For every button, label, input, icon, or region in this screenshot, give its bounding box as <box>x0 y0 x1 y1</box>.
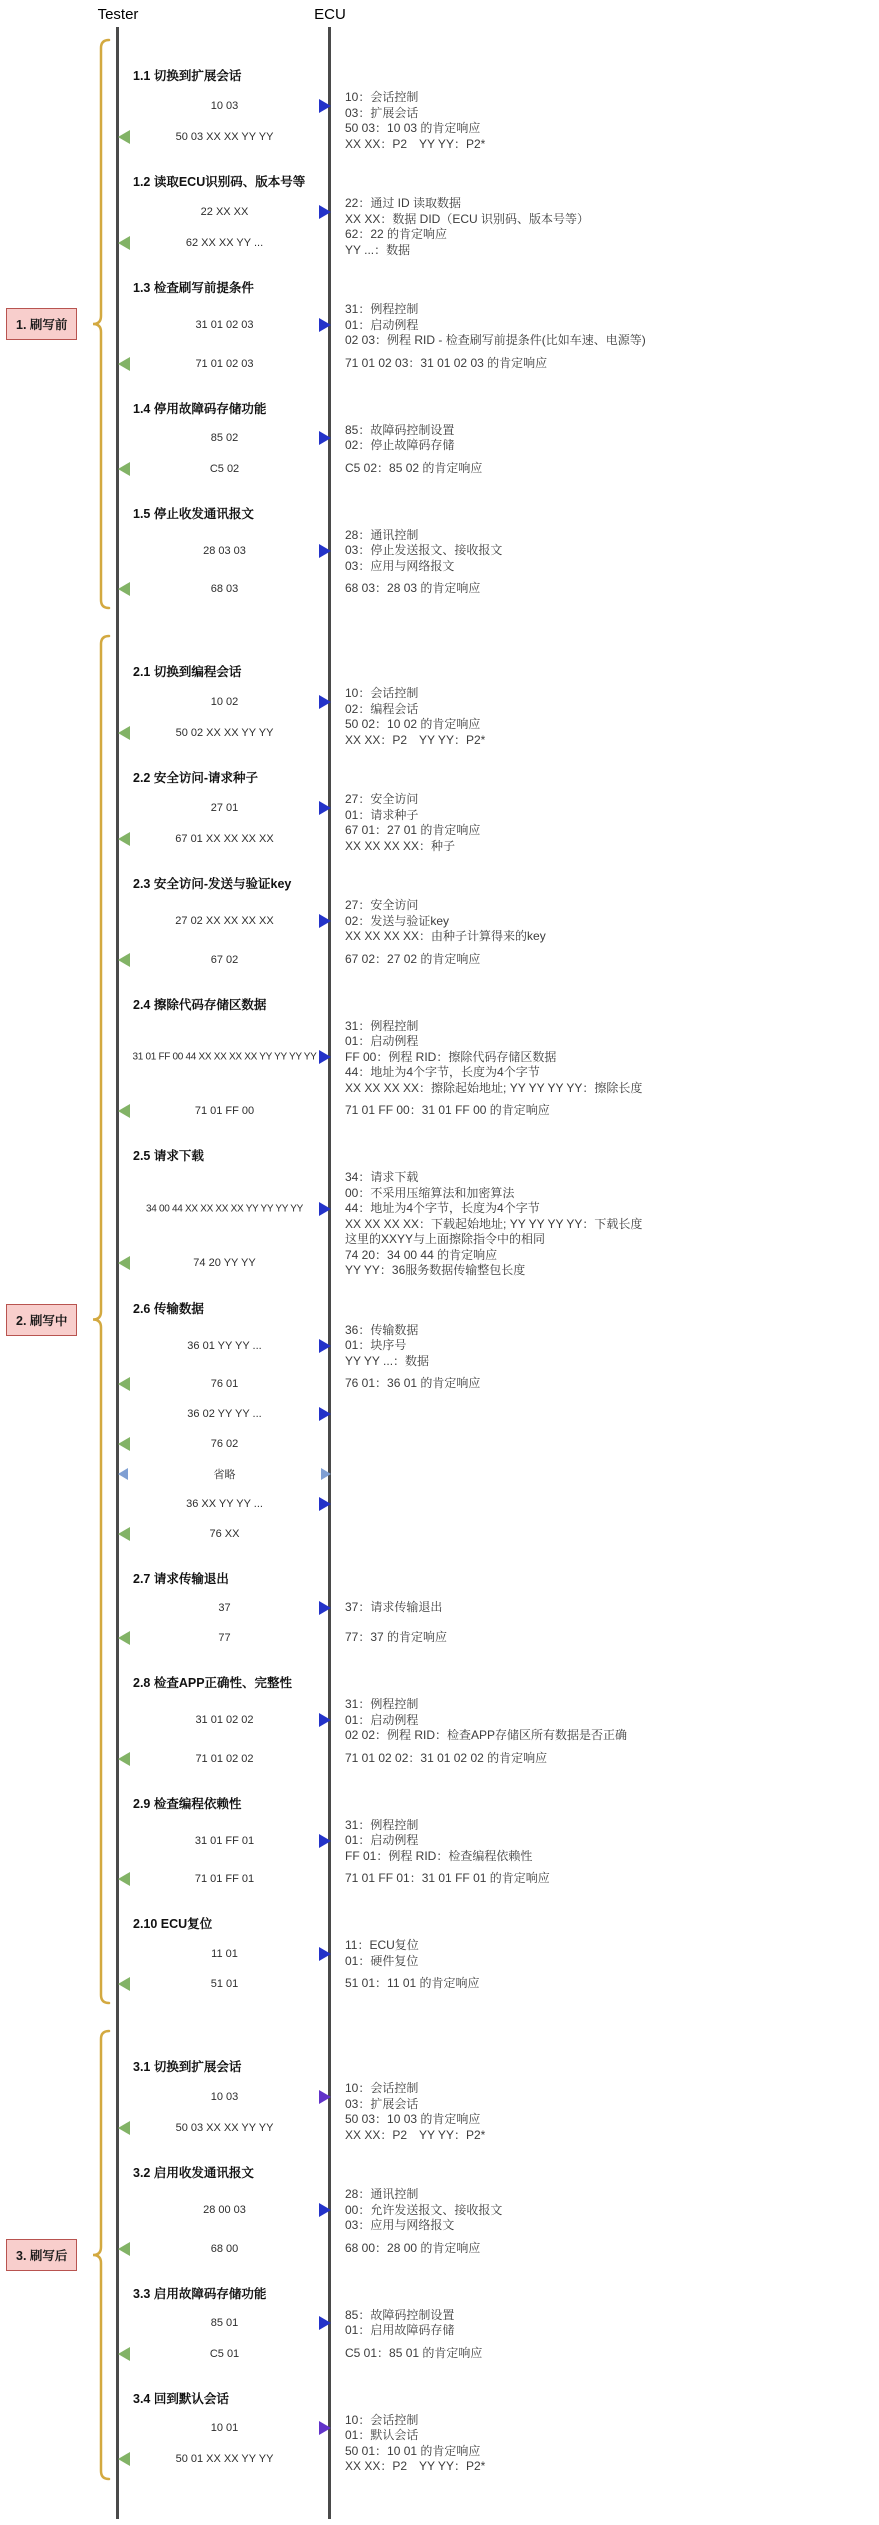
message-note: 76 01：36 01 的肯定响应 <box>345 1376 879 1392</box>
request-arrow: 11 01 <box>119 1947 330 1961</box>
message-note: 77：37 的肯定响应 <box>345 1630 879 1646</box>
message-label: 76 XX <box>206 1528 244 1540</box>
request-arrow: 10 02 <box>119 695 330 709</box>
message-row: 76 01 76 01：36 01 的肯定响应 <box>119 1369 879 1399</box>
response-arrow: 76 02 <box>119 1437 330 1451</box>
request-arrow: 10 03 <box>119 99 330 113</box>
request-arrow: 85 02 <box>119 431 330 445</box>
response-arrow: 71 01 02 02 <box>119 1752 330 1766</box>
response-arrow: 50 01 XX XX YY YY <box>119 2452 330 2466</box>
message-label: 76 01 <box>207 1378 243 1390</box>
message-row: 50 03 XX XX YY YY 50 03：10 03 的肯定响应 XX X… <box>119 121 879 152</box>
message-note: 22：通过 ID 读取数据 XX XX：数据 DID（ECU 识别码、版本号等） <box>345 196 879 227</box>
phase-brace <box>91 634 111 2005</box>
response-arrow: 50 03 XX XX YY YY <box>119 2121 330 2135</box>
message-note: 31：例程控制 01：启动例程 FF 01：例程 RID：检查编程依赖性 <box>345 1818 879 1865</box>
message-label: 85 02 <box>207 432 243 444</box>
step: 2.10 ECU复位 11 01 11：ECU复位 01：硬件复位 51 01 … <box>119 1914 879 1999</box>
step: 1.5 停止收发通讯报文 28 03 03 28：通讯控制 03：停止发送报文、… <box>119 504 879 605</box>
response-arrow: 76 XX <box>119 1527 330 1541</box>
message-row: 74 20 YY YY 74 20：34 00 44 的肯定响应 YY YY：3… <box>119 1248 879 1279</box>
step: 2.5 请求下载 34 00 44 XX XX XX XX YY YY YY Y… <box>119 1146 879 1279</box>
step-title: 2.4 擦除代码存储区数据 <box>133 995 879 1013</box>
request-arrow: 10 01 <box>119 2421 330 2435</box>
step-title: 1.4 停用故障码存储功能 <box>133 399 879 417</box>
step: 2.7 请求传输退出 37 37：请求传输退出 77 77：37 的肯定响应 <box>119 1569 879 1653</box>
message-note: 50 03：10 03 的肯定响应 XX XX：P2 YY YY：P2* <box>345 121 879 152</box>
step: 2.3 安全访问-发送与验证key 27 02 XX XX XX XX 27：安… <box>119 874 879 975</box>
message-note: 28：通讯控制 00：允许发送报文、接收报文 03：应用与网络报文 <box>345 2187 879 2234</box>
message-note: 71 01 02 03：31 01 02 03 的肯定响应 <box>345 356 879 372</box>
request-arrow: 31 01 02 02 <box>119 1713 330 1727</box>
message-row: 10 02 10：会话控制 02：编程会话 <box>119 686 879 717</box>
message-note: 10：会话控制 02：编程会话 <box>345 686 879 717</box>
message-note: 51 01：11 01 的肯定响应 <box>345 1976 879 1992</box>
response-arrow: 68 03 <box>119 582 330 596</box>
message-row: 71 01 02 03 71 01 02 03：31 01 02 03 的肯定响… <box>119 349 879 379</box>
message-row: 10 03 10：会话控制 03：扩展会话 <box>119 2081 879 2112</box>
phase-after-flashing: 3. 刷写后 3.1 切换到扩展会话 10 03 10：会话控制 03：扩展会话… <box>119 2029 879 2481</box>
step-title: 3.1 切换到扩展会话 <box>133 2057 879 2075</box>
message-row: 10 01 10：会话控制 01：默认会话 <box>119 2413 879 2444</box>
message-row: 67 02 67 02：27 02 的肯定响应 <box>119 945 879 975</box>
message-label: 31 01 FF 00 44 XX XX XX XX YY YY YY YY <box>130 1052 318 1063</box>
request-arrow: 27 02 XX XX XX XX <box>119 914 330 928</box>
response-arrow: 50 02 XX XX YY YY <box>119 726 330 740</box>
response-arrow: 68 00 <box>119 2242 330 2256</box>
request-arrow: 31 01 02 03 <box>119 318 330 332</box>
message-label: 77 <box>214 1632 234 1644</box>
message-row: 68 03 68 03：28 03 的肯定响应 <box>119 574 879 604</box>
message-row: 71 01 FF 00 71 01 FF 00：31 01 FF 00 的肯定响… <box>119 1096 879 1126</box>
message-row: 27 02 XX XX XX XX 27：安全访问 02：发送与验证key XX… <box>119 898 879 945</box>
request-arrow: 27 01 <box>119 801 330 815</box>
step: 1.1 切换到扩展会话 10 03 10：会话控制 03：扩展会话 50 03 … <box>119 66 879 152</box>
message-note: 27：安全访问 02：发送与验证key XX XX XX XX：由种子计算得来的… <box>345 898 879 945</box>
request-arrow: 34 00 44 XX XX XX XX YY YY YY YY <box>119 1202 330 1216</box>
message-note: 31：例程控制 01：启动例程 FF 00：例程 RID：擦除代码存储区数据 4… <box>345 1019 879 1097</box>
message-note: 31：例程控制 01：启动例程 02 03：例程 RID - 检查刷写前提条件(… <box>345 302 879 349</box>
message-row: 76 XX <box>119 1519 879 1549</box>
step: 2.4 擦除代码存储区数据 31 01 FF 00 44 XX XX XX XX… <box>119 995 879 1127</box>
step: 2.6 传输数据 36 01 YY YY ... 36：传输数据 01：块序号 … <box>119 1299 879 1550</box>
message-label: 51 01 <box>207 1978 243 1990</box>
message-label: 50 03 XX XX YY YY <box>172 2122 278 2134</box>
response-arrow: 51 01 <box>119 1977 330 1991</box>
message-label: 36 01 YY YY ... <box>183 1340 265 1352</box>
message-label: 85 01 <box>207 2317 243 2329</box>
message-row: C5 01 C5 01：85 01 的肯定响应 <box>119 2339 879 2369</box>
step-title: 2.1 切换到编程会话 <box>133 662 879 680</box>
response-arrow: 71 01 FF 01 <box>119 1872 330 1886</box>
message-row: 85 01 85：故障码控制设置 01：启用故障码存储 <box>119 2308 879 2339</box>
step-title: 3.3 启用故障码存储功能 <box>133 2284 879 2302</box>
message-label: 10 01 <box>207 2422 243 2434</box>
message-note: 74 20：34 00 44 的肯定响应 YY YY：36服务数据传输整包长度 <box>345 1248 879 1279</box>
step: 3.4 回到默认会话 10 01 10：会话控制 01：默认会话 50 01 X… <box>119 2389 879 2475</box>
step-title: 3.2 启用收发通讯报文 <box>133 2163 879 2181</box>
phase-brace <box>91 2029 111 2481</box>
message-row: 28 00 03 28：通讯控制 00：允许发送报文、接收报文 03：应用与网络… <box>119 2187 879 2234</box>
request-arrow: 28 00 03 <box>119 2203 330 2217</box>
response-arrow: 71 01 FF 00 <box>119 1104 330 1118</box>
step-title: 1.5 停止收发通讯报文 <box>133 504 879 522</box>
request-arrow: 36 01 YY YY ... <box>119 1339 330 1353</box>
step: 2.9 检查编程依赖性 31 01 FF 01 31：例程控制 01：启动例程 … <box>119 1794 879 1895</box>
message-note: 10：会话控制 03：扩展会话 <box>345 2081 879 2112</box>
phase-label: 1. 刷写前 <box>6 308 77 340</box>
message-label: 50 03 XX XX YY YY <box>172 131 278 143</box>
message-row: 77 77：37 的肯定响应 <box>119 1623 879 1653</box>
step: 3.1 切换到扩展会话 10 03 10：会话控制 03：扩展会话 50 03 … <box>119 2057 879 2143</box>
step: 1.4 停用故障码存储功能 85 02 85：故障码控制设置 02：停止故障码存… <box>119 399 879 484</box>
message-label: 10 02 <box>207 696 243 708</box>
step: 2.8 检查APP正确性、完整性 31 01 02 02 31：例程控制 01：… <box>119 1673 879 1774</box>
response-arrow: 77 <box>119 1631 330 1645</box>
message-label: 27 02 XX XX XX XX <box>171 915 277 927</box>
sequence-diagram: Tester ECU 1. 刷写前 1.1 切换到扩展会话 10 03 10：会… <box>0 0 879 2525</box>
message-label: 省略 <box>210 1466 240 1482</box>
message-row: 50 03 XX XX YY YY 50 03：10 03 的肯定响应 XX X… <box>119 2112 879 2143</box>
message-row: 50 01 XX XX YY YY 50 01：10 01 的肯定响应 XX X… <box>119 2444 879 2475</box>
response-arrow: 71 01 02 03 <box>119 357 330 371</box>
message-row: 36 01 YY YY ... 36：传输数据 01：块序号 YY YY ...… <box>119 1323 879 1370</box>
message-label: 11 01 <box>207 1948 242 1960</box>
phase-label: 3. 刷写后 <box>6 2239 77 2271</box>
message-row: 51 01 51 01：11 01 的肯定响应 <box>119 1969 879 1999</box>
step-title: 2.7 请求传输退出 <box>133 1569 879 1587</box>
step-title: 2.9 检查编程依赖性 <box>133 1794 879 1812</box>
omitted-messages-arrow: 省略 <box>119 1467 330 1481</box>
step-title: 2.3 安全访问-发送与验证key <box>133 874 879 892</box>
message-note: 62：22 的肯定响应 YY ...：数据 <box>345 227 879 258</box>
step: 1.2 读取ECU识别码、版本号等 22 XX XX 22：通过 ID 读取数据… <box>119 172 879 258</box>
message-label: 22 XX XX <box>197 206 253 218</box>
message-note: C5 02：85 02 的肯定响应 <box>345 461 879 477</box>
message-row: 31 01 FF 00 44 XX XX XX XX YY YY YY YY 3… <box>119 1019 879 1097</box>
phase-brace <box>91 38 111 610</box>
request-arrow: 36 XX YY YY ... <box>119 1497 330 1511</box>
message-row: 71 01 FF 01 71 01 FF 01：31 01 FF 01 的肯定响… <box>119 1864 879 1894</box>
step: 3.2 启用收发通讯报文 28 00 03 28：通讯控制 00：允许发送报文、… <box>119 2163 879 2264</box>
message-label: 50 02 XX XX YY YY <box>172 727 278 739</box>
message-note: 71 01 FF 01：31 01 FF 01 的肯定响应 <box>345 1871 879 1887</box>
message-note: C5 01：85 01 的肯定响应 <box>345 2346 879 2362</box>
step: 3.3 启用故障码存储功能 85 01 85：故障码控制设置 01：启用故障码存… <box>119 2284 879 2369</box>
request-arrow: 22 XX XX <box>119 205 330 219</box>
message-note: 10：会话控制 03：扩展会话 <box>345 90 879 121</box>
message-row: 37 37：请求传输退出 <box>119 1593 879 1623</box>
message-row: 50 02 XX XX YY YY 50 02：10 02 的肯定响应 XX X… <box>119 717 879 748</box>
message-label: 68 00 <box>207 2243 243 2255</box>
response-arrow: C5 02 <box>119 462 330 476</box>
step-title: 1.1 切换到扩展会话 <box>133 66 879 84</box>
message-note: 50 01：10 01 的肯定响应 XX XX：P2 YY YY：P2* <box>345 2444 879 2475</box>
message-row: 36 XX YY YY ... <box>119 1489 879 1519</box>
message-label: C5 02 <box>206 463 243 475</box>
step: 1.3 检查刷写前提条件 31 01 02 03 31：例程控制 01：启动例程… <box>119 278 879 379</box>
message-label: 37 <box>214 1602 234 1614</box>
message-label: 71 01 FF 00 <box>191 1105 258 1117</box>
request-arrow: 10 03 <box>119 2090 330 2104</box>
message-row: 22 XX XX 22：通过 ID 读取数据 XX XX：数据 DID（ECU … <box>119 196 879 227</box>
message-note: 67 02：27 02 的肯定响应 <box>345 952 879 968</box>
message-label: 62 XX XX YY ... <box>182 237 267 249</box>
message-note: 85：故障码控制设置 02：停止故障码存储 <box>345 423 879 454</box>
response-arrow: C5 01 <box>119 2347 330 2361</box>
response-arrow: 67 01 XX XX XX XX <box>119 832 330 846</box>
message-note: 85：故障码控制设置 01：启用故障码存储 <box>345 2308 879 2339</box>
message-label: 36 XX YY YY ... <box>182 1498 267 1510</box>
message-label: 28 03 03 <box>199 545 250 557</box>
step-title: 2.6 传输数据 <box>133 1299 879 1317</box>
phase-before-flashing: 1. 刷写前 1.1 切换到扩展会话 10 03 10：会话控制 03：扩展会话… <box>119 38 879 610</box>
request-arrow: 37 <box>119 1601 330 1615</box>
message-label: 71 01 02 03 <box>191 358 257 370</box>
message-note: 34：请求下载 00：不采用压缩算法和加密算法 44：地址为4个字节，长度为4个… <box>345 1170 879 1248</box>
message-row: 67 01 XX XX XX XX 67 01：27 01 的肯定响应 XX X… <box>119 823 879 854</box>
step: 2.2 安全访问-请求种子 27 01 27：安全访问 01：请求种子 67 0… <box>119 768 879 854</box>
step: 2.1 切换到编程会话 10 02 10：会话控制 02：编程会话 50 02 … <box>119 662 879 748</box>
message-label: 68 03 <box>207 583 243 595</box>
request-arrow: 28 03 03 <box>119 544 330 558</box>
request-arrow: 85 01 <box>119 2316 330 2330</box>
message-label: 36 02 YY YY ... <box>183 1408 265 1420</box>
request-arrow: 31 01 FF 01 <box>119 1834 330 1848</box>
message-note: 71 01 FF 00：31 01 FF 00 的肯定响应 <box>345 1103 879 1119</box>
message-label: 76 02 <box>207 1438 243 1450</box>
message-row: 31 01 02 03 31：例程控制 01：启动例程 02 03：例程 RID… <box>119 302 879 349</box>
response-arrow: 67 02 <box>119 953 330 967</box>
diagram-content: 1. 刷写前 1.1 切换到扩展会话 10 03 10：会话控制 03：扩展会话… <box>119 0 879 2525</box>
message-row: 76 02 <box>119 1429 879 1459</box>
response-arrow: 74 20 YY YY <box>119 1256 330 1270</box>
step-title: 2.2 安全访问-请求种子 <box>133 768 879 786</box>
message-row: 31 01 FF 01 31：例程控制 01：启动例程 FF 01：例程 RID… <box>119 1818 879 1865</box>
message-label: 28 00 03 <box>199 2204 250 2216</box>
message-note: 36：传输数据 01：块序号 YY YY ...：数据 <box>345 1323 879 1370</box>
request-arrow: 36 02 YY YY ... <box>119 1407 330 1421</box>
message-note: 10：会话控制 01：默认会话 <box>345 2413 879 2444</box>
step-title: 1.2 读取ECU识别码、版本号等 <box>133 172 879 190</box>
message-row: 27 01 27：安全访问 01：请求种子 <box>119 792 879 823</box>
message-note: 71 01 02 02：31 01 02 02 的肯定响应 <box>345 1751 879 1767</box>
message-label: 71 01 FF 01 <box>191 1873 258 1885</box>
message-row: 85 02 85：故障码控制设置 02：停止故障码存储 <box>119 423 879 454</box>
message-label: 34 00 44 XX XX XX XX YY YY YY YY <box>144 1203 305 1214</box>
step-title: 2.5 请求下载 <box>133 1146 879 1164</box>
message-note: 67 01：27 01 的肯定响应 XX XX XX XX：种子 <box>345 823 879 854</box>
message-row: C5 02 C5 02：85 02 的肯定响应 <box>119 454 879 484</box>
message-row: 省略 <box>119 1459 879 1489</box>
message-row: 62 XX XX YY ... 62：22 的肯定响应 YY ...：数据 <box>119 227 879 258</box>
message-note: 11：ECU复位 01：硬件复位 <box>345 1938 879 1969</box>
message-row: 31 01 02 02 31：例程控制 01：启动例程 02 02：例程 RID… <box>119 1697 879 1744</box>
step-title: 1.3 检查刷写前提条件 <box>133 278 879 296</box>
message-label: 74 20 YY YY <box>189 1257 259 1269</box>
message-note: 68 03：28 03 的肯定响应 <box>345 581 879 597</box>
message-label: 31 01 02 03 <box>191 319 257 331</box>
step-title: 3.4 回到默认会话 <box>133 2389 879 2407</box>
message-note: 27：安全访问 01：请求种子 <box>345 792 879 823</box>
message-label: 10 03 <box>207 2091 243 2103</box>
message-label: 67 01 XX XX XX XX <box>171 833 277 845</box>
message-row: 11 01 11：ECU复位 01：硬件复位 <box>119 1938 879 1969</box>
message-row: 28 03 03 28：通讯控制 03：停止发送报文、接收报文 03：应用与网络… <box>119 528 879 575</box>
message-label: 10 03 <box>207 100 243 112</box>
message-row: 36 02 YY YY ... <box>119 1399 879 1429</box>
step-title: 2.10 ECU复位 <box>133 1914 879 1932</box>
step-title: 2.8 检查APP正确性、完整性 <box>133 1673 879 1691</box>
message-row: 71 01 02 02 71 01 02 02：31 01 02 02 的肯定响… <box>119 1744 879 1774</box>
response-arrow: 76 01 <box>119 1377 330 1391</box>
request-arrow: 31 01 FF 00 44 XX XX XX XX YY YY YY YY <box>119 1050 330 1064</box>
message-row: 10 03 10：会话控制 03：扩展会话 <box>119 90 879 121</box>
message-note: 68 00：28 00 的肯定响应 <box>345 2241 879 2257</box>
message-note: 37：请求传输退出 <box>345 1600 879 1616</box>
message-label: 67 02 <box>207 954 243 966</box>
message-row: 68 00 68 00：28 00 的肯定响应 <box>119 2234 879 2264</box>
phase-label: 2. 刷写中 <box>6 1304 77 1336</box>
message-label: 71 01 02 02 <box>191 1753 257 1765</box>
message-note: 50 03：10 03 的肯定响应 XX XX：P2 YY YY：P2* <box>345 2112 879 2143</box>
message-note: 31：例程控制 01：启动例程 02 02：例程 RID：检查APP存储区所有数… <box>345 1697 879 1744</box>
message-note: 28：通讯控制 03：停止发送报文、接收报文 03：应用与网络报文 <box>345 528 879 575</box>
message-label: 31 01 FF 01 <box>191 1835 258 1847</box>
message-note: 50 02：10 02 的肯定响应 XX XX：P2 YY YY：P2* <box>345 717 879 748</box>
message-label: 31 01 02 02 <box>191 1714 257 1726</box>
message-label: 27 01 <box>207 802 243 814</box>
phase-during-flashing: 2. 刷写中 2.1 切换到编程会话 10 02 10：会话控制 02：编程会话… <box>119 634 879 2005</box>
message-row: 34 00 44 XX XX XX XX YY YY YY YY 34：请求下载… <box>119 1170 879 1248</box>
message-label: 50 01 XX XX YY YY <box>172 2453 278 2465</box>
response-arrow: 62 XX XX YY ... <box>119 236 330 250</box>
response-arrow: 50 03 XX XX YY YY <box>119 130 330 144</box>
message-label: C5 01 <box>206 2348 243 2360</box>
